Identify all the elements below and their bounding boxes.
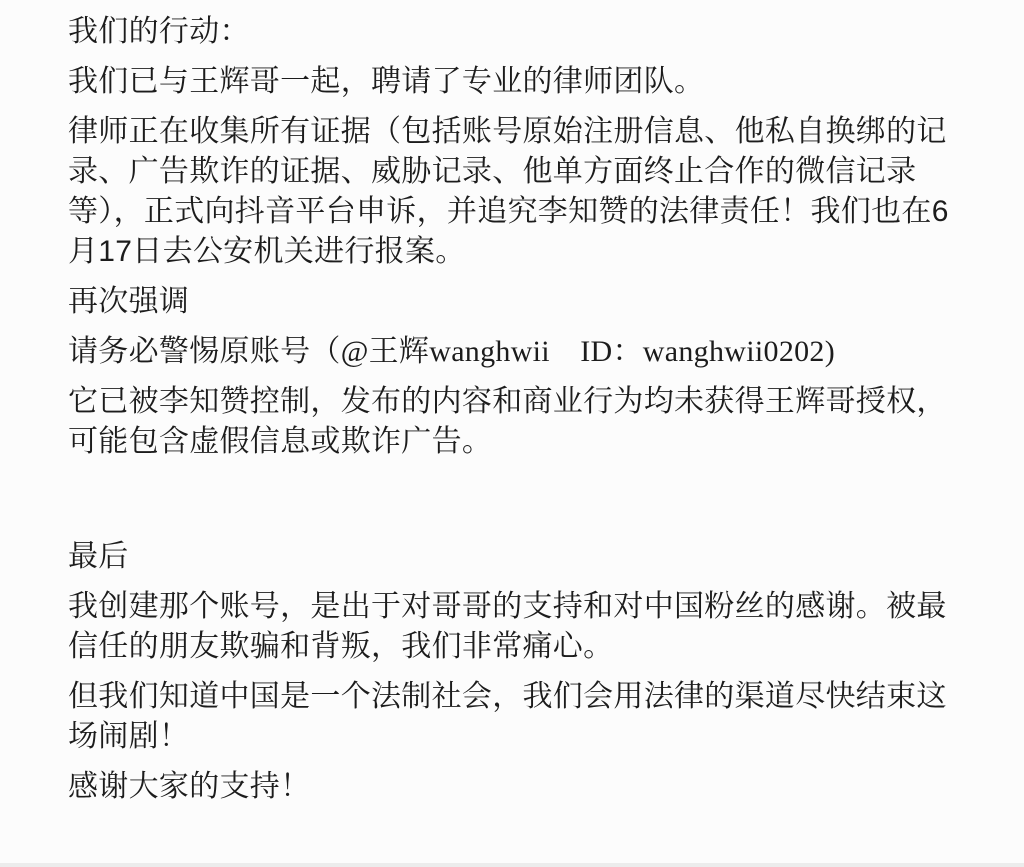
para-thanks: 感谢大家的支持！: [68, 767, 968, 807]
para-warning-account: 请务必警惕原账号（@王辉wanghwii ID：wanghwii0202): [68, 332, 968, 372]
bottom-edge-shade: [0, 863, 1024, 867]
heading-finally: 最后: [68, 537, 968, 577]
original-account-handle: @王辉wanghwii ID：wanghwii0202): [341, 335, 835, 368]
heading-reemphasize: 再次强调: [68, 282, 968, 322]
para-evidence-collection: 律师正在收集所有证据（包括账号原始注册信息、他私自换绑的记录、广告欺诈的证据、威…: [68, 112, 968, 272]
heading-our-actions: 我们的行动：: [68, 12, 968, 52]
para-rule-of-law: 但我们知道中国是一个法制社会，我们会用法律的渠道尽快结束这场闹剧！: [68, 677, 968, 757]
para-account-creation-reason: 我创建那个账号，是出于对哥哥的支持和对中国粉丝的感谢。被最信任的朋友欺骗和背叛，…: [68, 587, 968, 667]
warning-account-prefix: 请务必警惕原账号（: [68, 335, 341, 368]
para-account-controlled: 它已被李知赞控制，发布的内容和商业行为均未获得王辉哥授权，可能包含虚假信息或欺诈…: [68, 382, 968, 462]
para-lawyer-team: 我们已与王辉哥一起，聘请了专业的律师团队。: [68, 62, 968, 102]
statement-document: 我们的行动： 我们已与王辉哥一起，聘请了专业的律师团队。 律师正在收集所有证据（…: [0, 0, 1024, 807]
